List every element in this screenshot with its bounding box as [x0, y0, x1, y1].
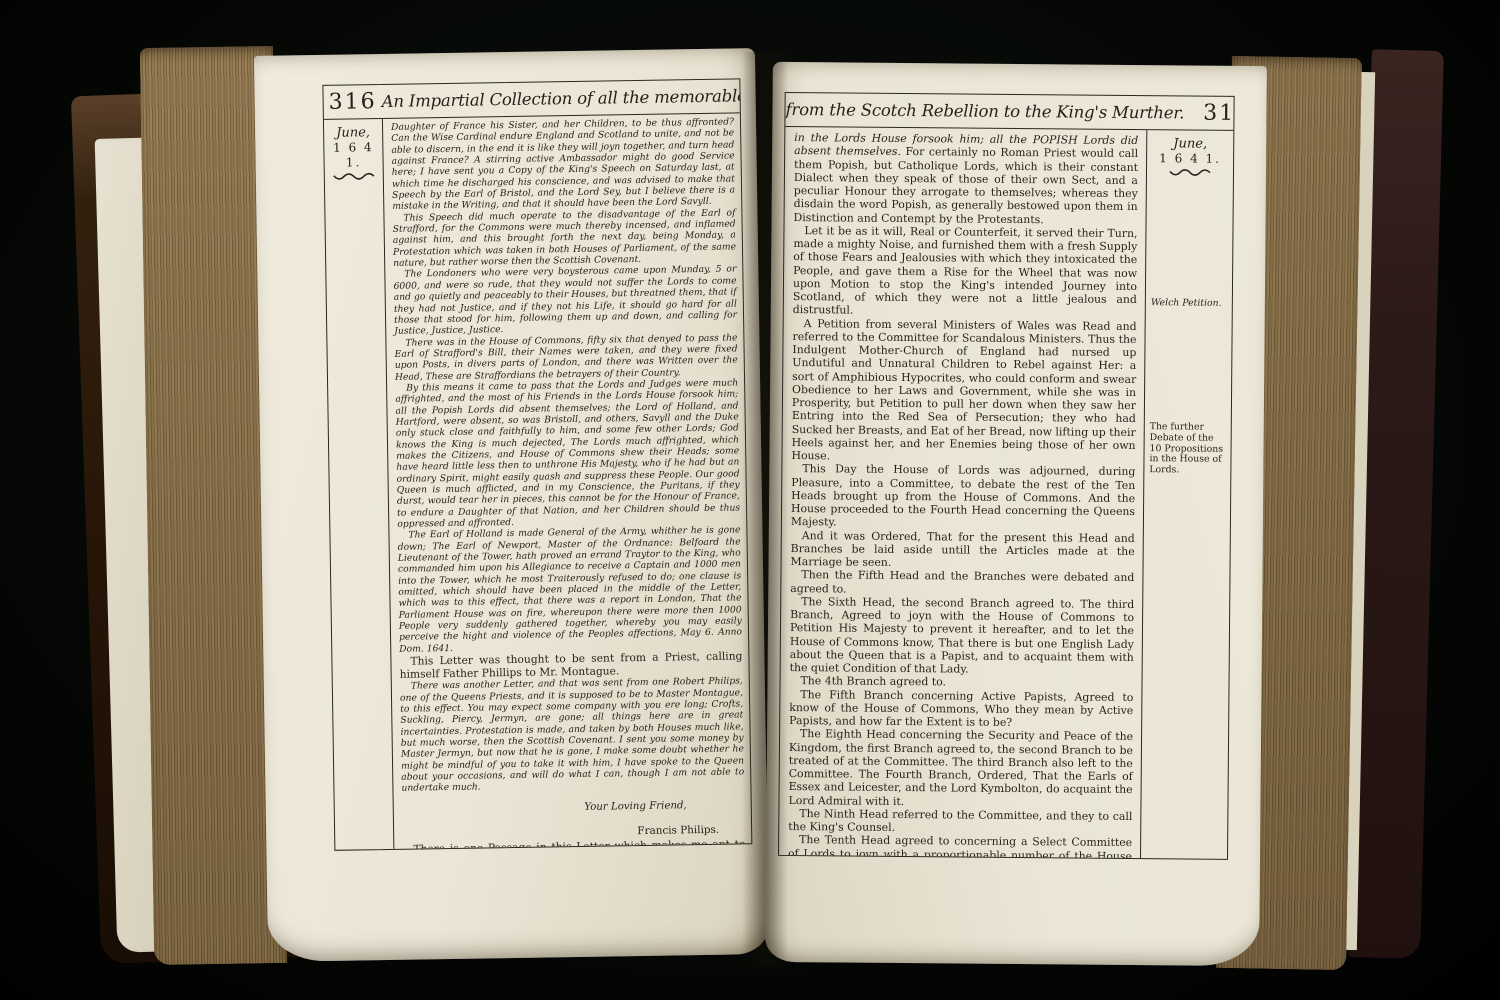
- margin-date-year: 1 6 4 1.: [333, 140, 374, 169]
- right-margin-date: June, 1 6 4 1.: [1147, 136, 1233, 179]
- book-photograph: 316 An Impartial Collection of all the m…: [0, 0, 1500, 1000]
- right-page: from the Scotch Rebellion to the King's …: [765, 62, 1267, 966]
- right-margin-column: June, 1 6 4 1. Welch Petition. The furth…: [1140, 130, 1233, 859]
- paragraph: The Ninth Head referred to the Committee…: [788, 807, 1132, 837]
- paragraph: There was in the House of Commons, fifty…: [394, 332, 738, 383]
- paragraph: The Tenth Head agreed to concerning a Se…: [787, 833, 1132, 858]
- right-text-column: in the Lords House forsook him; all the …: [779, 127, 1146, 858]
- margin-date-month: June,: [1173, 136, 1207, 151]
- paragraph: A Petition from several Ministers of Wal…: [791, 317, 1136, 466]
- paragraph: in the Lords House forsook him; all the …: [794, 131, 1139, 227]
- left-margin-column: June, 1 6 4 1.: [324, 119, 394, 850]
- letter-salute: Your Loving Friend,: [402, 799, 745, 816]
- paragraph: The Londoners who were very boysterous c…: [393, 264, 737, 337]
- paragraph: This Day the House of Lords was adjourne…: [791, 462, 1136, 531]
- paragraph: The Eighth Head concerning the Security …: [788, 727, 1133, 809]
- paragraph: Then the Fifth Head and the Branches wer…: [790, 568, 1134, 598]
- left-text-frame: 316 An Impartial Collection of all the m…: [322, 78, 752, 850]
- right-body-row: in the Lords House forsook him; all the …: [779, 127, 1233, 859]
- paragraph: By this means it came to pass that the L…: [395, 377, 740, 530]
- paragraph: The Earl of Holland is made General of t…: [397, 525, 742, 655]
- margin-note: The further Debate of the 10 Proposition…: [1149, 422, 1227, 477]
- left-running-title: An Impartial Collection of all the memor…: [381, 85, 752, 111]
- margin-date-year: 1 6 4 1.: [1159, 151, 1221, 166]
- paragraph: The Sixth Head, the second Branch agreed…: [790, 595, 1135, 677]
- paragraph: This Speech did much operate to the disa…: [392, 207, 736, 269]
- left-body-row: June, 1 6 4 1. Daughter of France his Si…: [324, 113, 751, 849]
- right-page-header: from the Scotch Rebellion to the King's …: [785, 93, 1233, 131]
- paragraph: Let it be as it will, Real or Counterfei…: [793, 224, 1138, 320]
- right-text-frame: from the Scotch Rebellion to the King's …: [778, 92, 1235, 860]
- paragraph: The Fifth Branch concerning Active Papis…: [789, 688, 1133, 731]
- left-page: 316 An Impartial Collection of all the m…: [254, 48, 769, 962]
- margin-note: Welch Petition.: [1151, 298, 1229, 309]
- right-running-title: from the Scotch Rebellion to the King's …: [785, 100, 1184, 122]
- paragraph: There was another Letter, and that was s…: [400, 676, 745, 795]
- date-brace-squiggle-icon: [332, 171, 376, 183]
- left-margin-date: June, 1 6 4 1.: [324, 125, 383, 183]
- paragraph: Daughter of France his Sister, and her C…: [391, 116, 735, 212]
- margin-date-month: June,: [336, 125, 370, 141]
- date-brace-squiggle-icon: [1168, 167, 1212, 178]
- letter-closing: Your Loving Friend, Francis Philips.: [402, 799, 746, 841]
- continuation-rest: For certainly no Roman Priest would call…: [794, 145, 1139, 225]
- left-page-number: 316: [323, 89, 381, 115]
- left-text-column: Daughter of France his Sister, and her C…: [383, 113, 751, 849]
- paragraph: And it was Ordered, That for the present…: [791, 529, 1135, 572]
- right-page-number: 317: [1184, 100, 1235, 126]
